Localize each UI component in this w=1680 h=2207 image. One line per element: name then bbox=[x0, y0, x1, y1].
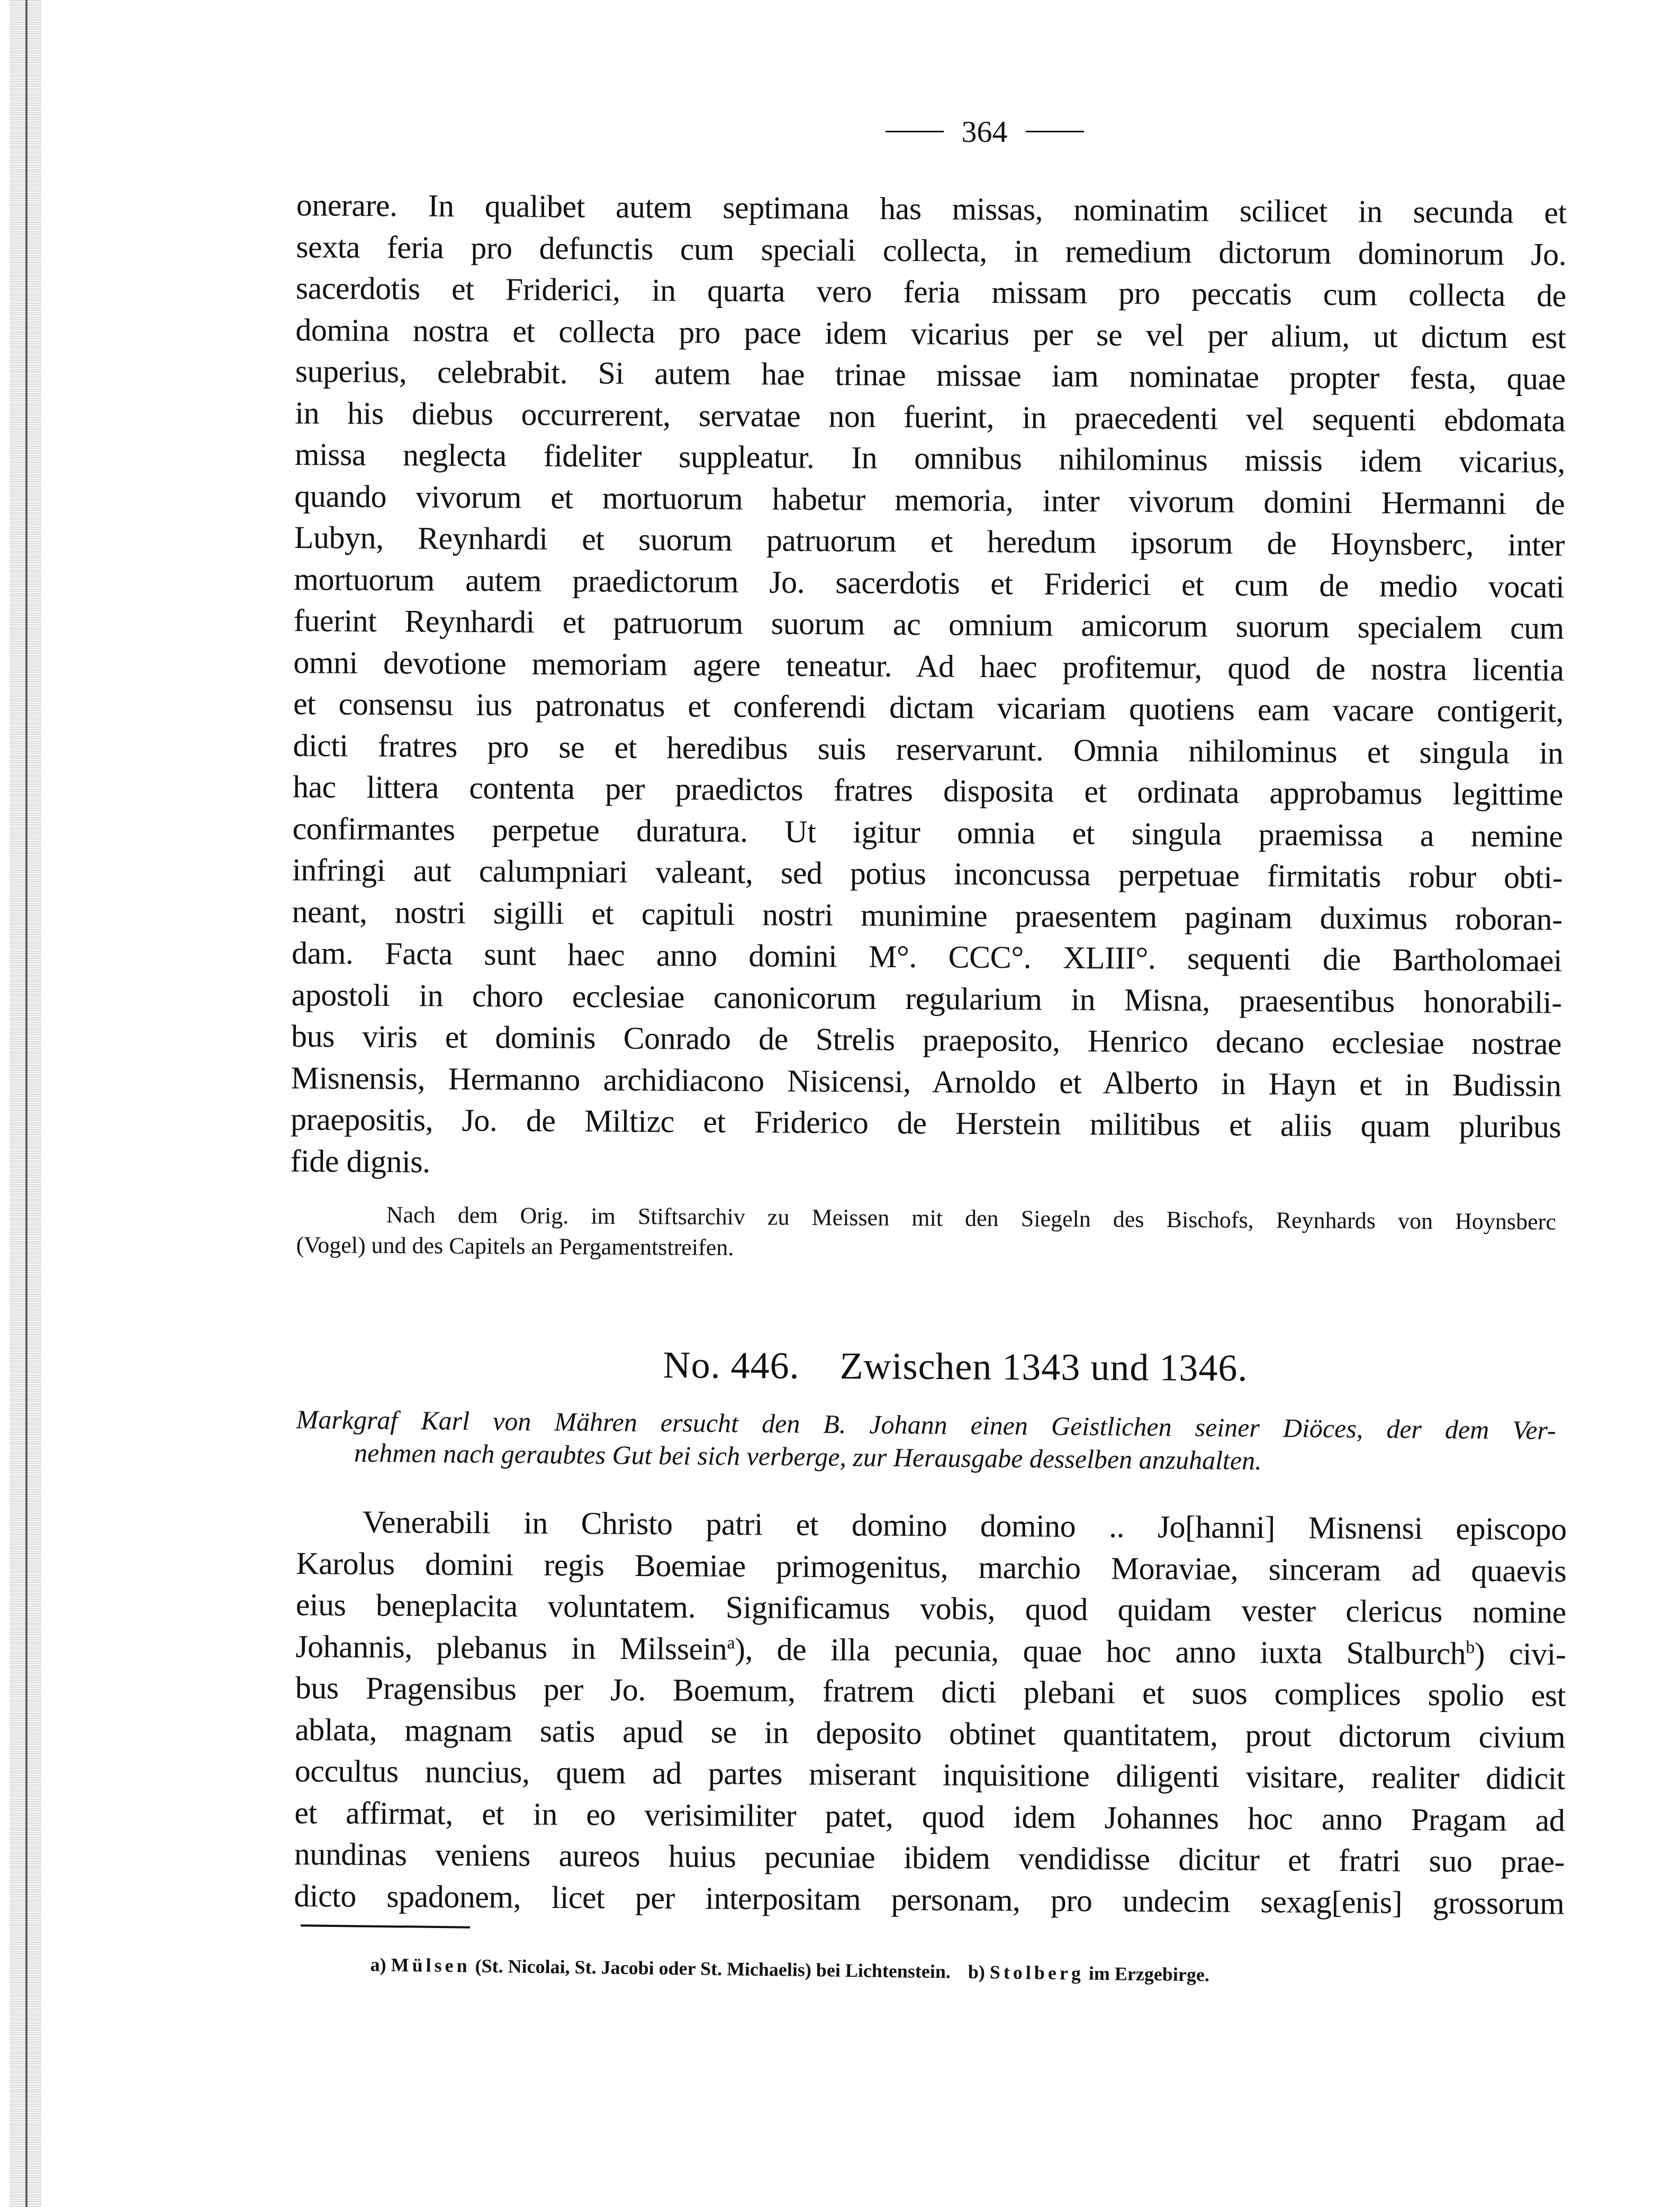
footnote-b-place: Stolberg bbox=[990, 1961, 1084, 1984]
text-line: fuerint Reynhardi et patruorum suorum ac… bbox=[294, 600, 1564, 649]
text-line: confirmantes perpetue duratura. Ut igitu… bbox=[292, 807, 1562, 857]
footnote-separator bbox=[301, 1924, 470, 1928]
text-line: domina nostra et collecta pro pace idem … bbox=[295, 309, 1566, 358]
text-line: Misnensis, Hermanno archidiacono Nisicen… bbox=[291, 1057, 1561, 1106]
text-line: bus viris et dominis Conrado de Strelis … bbox=[291, 1015, 1561, 1065]
text-line: superius, celebrabit. Si autem hae trina… bbox=[295, 350, 1566, 400]
text-line: fide dignis. bbox=[290, 1140, 1560, 1189]
footnote-a-place: Mülsen bbox=[391, 1954, 470, 1976]
page-number: 364 bbox=[962, 114, 1008, 149]
charter-text-continued: onerare. In qualibet autem septimana has… bbox=[290, 184, 1566, 1190]
document-number: No. 446. bbox=[663, 1344, 799, 1386]
text-line: Lubyn, Reynhardi et suorum patruorum et … bbox=[294, 517, 1565, 566]
scan-binding-line bbox=[25, 0, 28, 2207]
letter-text: Venerabili in Christo patri et domino do… bbox=[294, 1501, 1567, 1924]
text-line: occultus nuncius, quem ad partes miseran… bbox=[295, 1750, 1565, 1799]
footnote-ref-b[interactable]: b bbox=[1466, 1637, 1475, 1657]
text-line: Venerabili in Christo patri et domino do… bbox=[296, 1501, 1567, 1550]
text-line: dicto spadonem, licet per interpositam p… bbox=[294, 1875, 1564, 1924]
source-note: Nach dem Orig. im Stiftsarchiv zu Meisse… bbox=[296, 1199, 1556, 1268]
text-line: praepositis, Jo. de Miltizc et Friderico… bbox=[291, 1098, 1561, 1148]
text-line: sacerdotis et Friderici, in quarta vero … bbox=[296, 267, 1566, 317]
text-line: sexta feria pro defunctis cum speciali c… bbox=[296, 226, 1566, 275]
header-dash-right bbox=[1026, 131, 1084, 132]
text-line: onerare. In qualibet autem septimana has… bbox=[296, 184, 1567, 233]
page-header: 364 bbox=[296, 114, 1567, 149]
text-line: infringi aut calumpniari valeant, sed po… bbox=[292, 849, 1562, 898]
header-dash-left bbox=[886, 131, 944, 132]
text-line: dicti fratres pro se et heredibus suis r… bbox=[293, 724, 1563, 773]
text-line: apostoli in choro ecclesiae canonicorum … bbox=[291, 974, 1561, 1023]
text-line: eius beneplacita voluntatem. Significamu… bbox=[296, 1584, 1566, 1633]
text-line: omni devotione memoriam agere teneatur. … bbox=[293, 641, 1564, 690]
document-summary: Markgraf Karl von Mähren ersucht den B. … bbox=[296, 1403, 1556, 1480]
text-line: mortuorum autem praedictorum Jo. sacerdo… bbox=[294, 558, 1564, 607]
text-line: dam. Facta sunt haec anno domini M°. CCC… bbox=[292, 932, 1562, 981]
footnote-b: b) Stolberg im Erzgebirge. bbox=[968, 1961, 1209, 1986]
text-line-with-footnote-refs: Johannis, plebanus in Milsseina), de ill… bbox=[295, 1625, 1566, 1674]
text-line: nundinas veniens aureos huius pecuniae i… bbox=[294, 1833, 1565, 1882]
text-line: missa neglecta fideliter suppleatur. In … bbox=[295, 434, 1565, 483]
footnote-ref-a[interactable]: a bbox=[727, 1633, 735, 1652]
footnote-a: a) Mülsen (St. Nicolai, St. Jacobi oder … bbox=[370, 1954, 955, 1983]
text-line: neant, nostri sigilli et capituli nostri… bbox=[292, 890, 1562, 940]
text-line: hac littera contenta per praedictos frat… bbox=[293, 766, 1563, 815]
text-line: ablata, magnam satis apud se in deposito… bbox=[295, 1708, 1565, 1758]
text-line: Karolus domini regis Boemiae primogenitu… bbox=[296, 1542, 1566, 1591]
text-line: et consensu ius patronatus et conferendi… bbox=[293, 683, 1564, 732]
document-heading: No. 446. Zwischen 1343 und 1346. bbox=[296, 1341, 1567, 1392]
footnotes: a) Mülsen (St. Nicolai, St. Jacobi oder … bbox=[370, 1953, 1222, 1986]
text-line: quando vivorum et mortuorum habetur memo… bbox=[294, 475, 1565, 524]
document-date: Zwischen 1343 und 1346. bbox=[839, 1345, 1248, 1389]
text-line: in his diebus occurrerent, servatae non … bbox=[295, 392, 1565, 441]
text-line: bus Pragensibus per Jo. Boemum, fratrem … bbox=[295, 1667, 1566, 1716]
text-line: et affirmat, et in eo verisimiliter pate… bbox=[294, 1791, 1565, 1841]
